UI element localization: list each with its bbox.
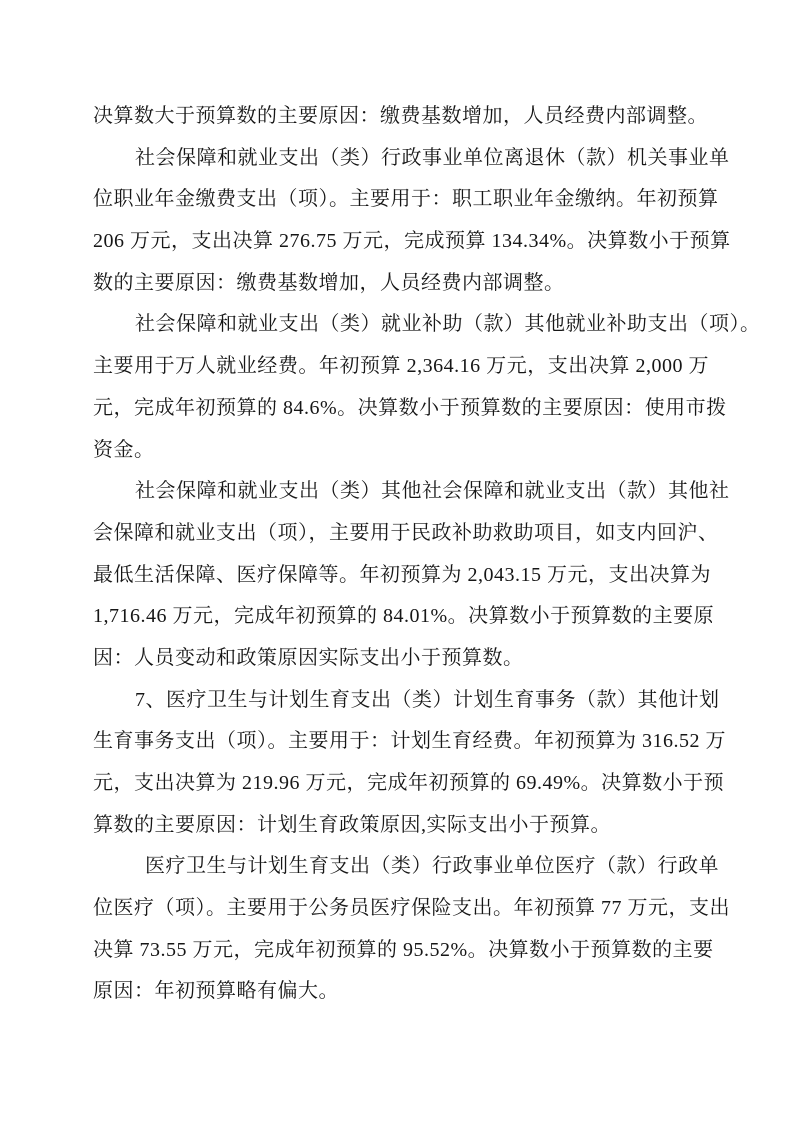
text-line: 最低生活保障、医疗保障等。年初预算为 2,043.15 万元，支出决算为 bbox=[93, 555, 709, 597]
paragraph: 决算数大于预算数的主要原因：缴费基数增加，人员经费内部调整。 bbox=[93, 96, 709, 138]
paragraph: 社会保障和就业支出（类）行政事业单位离退休（款）机关事业单位职业年金缴费支出（项… bbox=[93, 138, 709, 305]
paragraph: 医疗卫生与计划生育支出（类）行政事业单位医疗（款）行政单位医疗（项）。主要用于公… bbox=[93, 846, 709, 1013]
text-line: 医疗卫生与计划生育支出（类）行政事业单位医疗（款）行政单 bbox=[93, 846, 709, 888]
text-line: 1,716.46 万元，完成年初预算的 84.01%。决算数小于预算数的主要原 bbox=[93, 596, 709, 638]
paragraph: 7、医疗卫生与计划生育支出（类）计划生育事务（款）其他计划生育事务支出（项）。主… bbox=[93, 680, 709, 847]
paragraph: 社会保障和就业支出（类）其他社会保障和就业支出（款）其他社会保障和就业支出（项）… bbox=[93, 471, 709, 679]
text-line: 社会保障和就业支出（类）行政事业单位离退休（款）机关事业单 bbox=[93, 138, 709, 180]
document-page: 决算数大于预算数的主要原因：缴费基数增加，人员经费内部调整。社会保障和就业支出（… bbox=[0, 0, 793, 1122]
text-line: 生育事务支出（项）。主要用于：计划生育经费。年初预算为 316.52 万 bbox=[93, 721, 709, 763]
text-line: 因：人员变动和政策原因实际支出小于预算数。 bbox=[93, 638, 709, 680]
text-line: 主要用于万人就业经费。年初预算 2,364.16 万元，支出决算 2,000 万 bbox=[93, 346, 709, 388]
document-body: 决算数大于预算数的主要原因：缴费基数增加，人员经费内部调整。社会保障和就业支出（… bbox=[93, 96, 709, 1013]
text-line: 决算 73.55 万元，完成年初预算的 95.52%。决算数小于预算数的主要 bbox=[93, 930, 709, 972]
text-line: 元，支出决算为 219.96 万元，完成年初预算的 69.49%。决算数小于预 bbox=[93, 763, 709, 805]
text-line: 资金。 bbox=[93, 430, 709, 472]
text-line: 决算数大于预算数的主要原因：缴费基数增加，人员经费内部调整。 bbox=[93, 96, 709, 138]
text-line: 原因：年初预算略有偏大。 bbox=[93, 971, 709, 1013]
text-line: 元，完成年初预算的 84.6%。决算数小于预算数的主要原因：使用市拨 bbox=[93, 388, 709, 430]
text-line: 社会保障和就业支出（类）其他社会保障和就业支出（款）其他社 bbox=[93, 471, 709, 513]
text-line: 社会保障和就业支出（类）就业补助（款）其他就业补助支出（项）。 bbox=[93, 304, 709, 346]
text-line: 算数的主要原因：计划生育政策原因,实际支出小于预算。 bbox=[93, 805, 709, 847]
paragraph: 社会保障和就业支出（类）就业补助（款）其他就业补助支出（项）。主要用于万人就业经… bbox=[93, 304, 709, 471]
text-line: 206 万元，支出决算 276.75 万元，完成预算 134.34%。决算数小于… bbox=[93, 221, 709, 263]
text-line: 7、医疗卫生与计划生育支出（类）计划生育事务（款）其他计划 bbox=[93, 680, 709, 722]
text-line: 会保障和就业支出（项），主要用于民政补助救助项目，如支内回沪、 bbox=[93, 513, 709, 555]
text-line: 数的主要原因：缴费基数增加，人员经费内部调整。 bbox=[93, 263, 709, 305]
text-line: 位职业年金缴费支出（项）。主要用于：职工职业年金缴纳。年初预算 bbox=[93, 179, 709, 221]
text-line: 位医疗（项）。主要用于公务员医疗保险支出。年初预算 77 万元，支出 bbox=[93, 888, 709, 930]
